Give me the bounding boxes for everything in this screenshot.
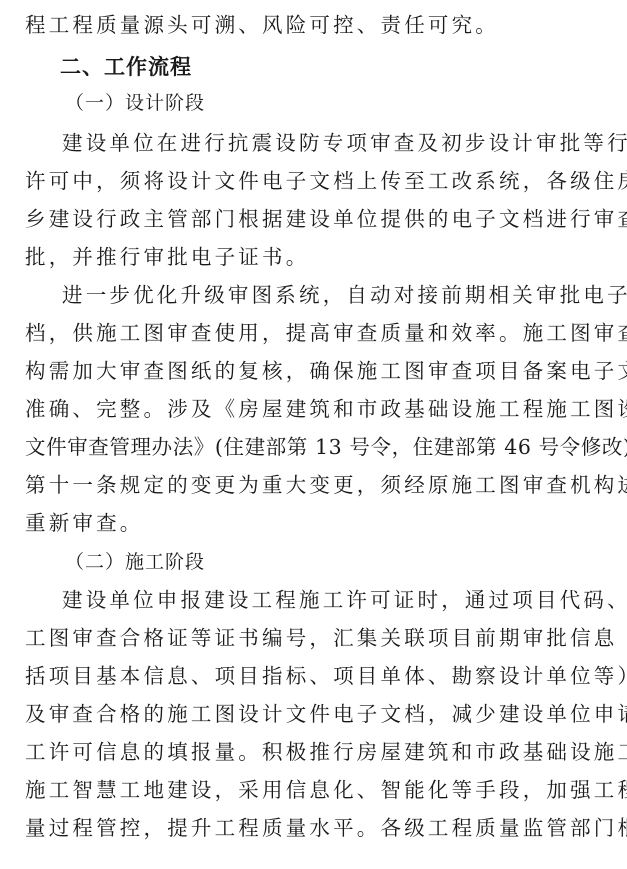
text-line: 档，供施工图审查使用，提高审查质量和效率。施工图审查机	[25, 315, 605, 352]
text-line: 施工智慧工地建设，采用信息化、智能化等手段，加强工程质	[25, 772, 605, 809]
text-line: 工图审查合格证等证书编号，汇集关联项目前期审批信息（包	[25, 620, 605, 657]
section-heading: 二、工作流程	[60, 49, 627, 86]
paragraph-first-line: 建设单位在进行抗震设防专项审查及初步设计审批等行政	[62, 125, 627, 162]
text-line: 程工程质量源头可溯、风险可控、责任可究。	[25, 7, 605, 44]
text-line: 量过程管控，提升工程质量水平。各级工程质量监管部门根据	[25, 810, 605, 847]
text-line: 括项目基本信息、项目指标、项目单体、勘察设计单位等）以	[25, 658, 605, 695]
paragraph-first-line: 建设单位申报建设工程施工许可证时，通过项目代码、施	[62, 582, 627, 619]
text-line: 及审查合格的施工图设计文件电子文档，减少建设单位申请施	[25, 696, 605, 733]
subsection-heading: （一）设计阶段	[65, 85, 627, 122]
text-line: 准确、完整。涉及《房屋建筑和市政基础设施工程施工图设计	[25, 391, 605, 428]
text-line: 构需加大审查图纸的复核，确保施工图审查项目备案电子文档	[25, 353, 605, 390]
text-line: 第十一条规定的变更为重大变更，须经原施工图审查机构进行	[25, 467, 605, 504]
text-line: 重新审查。	[25, 505, 605, 542]
paragraph-first-line: 进一步优化升级审图系统，自动对接前期相关审批电子文	[62, 277, 627, 314]
subsection-heading: （二）施工阶段	[65, 544, 627, 581]
text-line: 工许可信息的填报量。积极推行房屋建筑和市政基础设施工程	[25, 734, 605, 771]
document-page: 程工程质量源头可溯、风险可控、责任可究。 二、工作流程 （一）设计阶段 建设单位…	[0, 0, 627, 869]
text-line: 许可中，须将设计文件电子文档上传至工改系统，各级住房城	[25, 163, 605, 200]
text-line: 文件审查管理办法》(住建部第 13 号令，住建部第 46 号令修改)	[25, 429, 605, 466]
text-line: 乡建设行政主管部门根据建设单位提供的电子文档进行审查审	[25, 201, 605, 238]
text-line: 批，并推行审批电子证书。	[25, 239, 605, 276]
